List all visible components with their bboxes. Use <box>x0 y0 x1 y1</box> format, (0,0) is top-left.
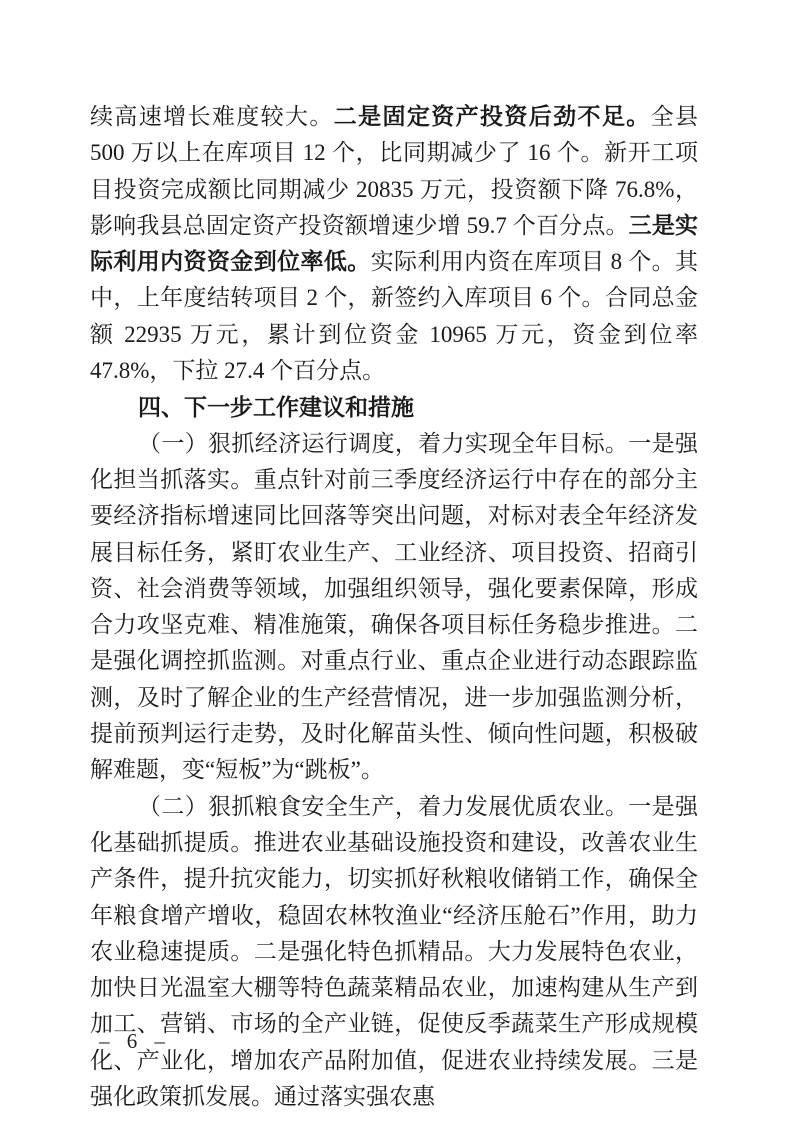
text-run: （二）狠抓粮食安全生产，着力发展优质农业。一是强化基础抓提质。推进农业基础设施投… <box>90 794 698 1109</box>
page-number: – 6 – <box>99 1029 171 1054</box>
para-suggestion-two: （二）狠抓粮食安全生产，着力发展优质农业。一是强化基础抓提质。推进农业基础设施投… <box>90 789 698 1116</box>
emphasis-run: 二是固定资产投资后劲不足。 <box>334 104 651 129</box>
emphasis-run: 四、下一步工作建议和措施 <box>138 394 414 420</box>
section-heading-four: 四、下一步工作建议和措施 <box>90 389 698 425</box>
text-run: （一）狠抓经济运行调度，着力实现全年目标。一是强化担当抓落实。重点针对前三季度经… <box>90 431 698 783</box>
para-suggestion-one: （一）狠抓经济运行调度，着力实现全年目标。一是强化担当抓落实。重点针对前三季度经… <box>90 426 698 789</box>
para-investment-analysis: 续高速增长难度较大。二是固定资产投资后劲不足。全县 500 万以上在库项目 12… <box>90 99 698 389</box>
document-page: 续高速增长难度较大。二是固定资产投资后劲不足。全县 500 万以上在库项目 12… <box>0 0 793 1122</box>
text-run: 续高速增长难度较大。 <box>90 104 334 129</box>
document-body: 续高速增长难度较大。二是固定资产投资后劲不足。全县 500 万以上在库项目 12… <box>90 99 698 1115</box>
